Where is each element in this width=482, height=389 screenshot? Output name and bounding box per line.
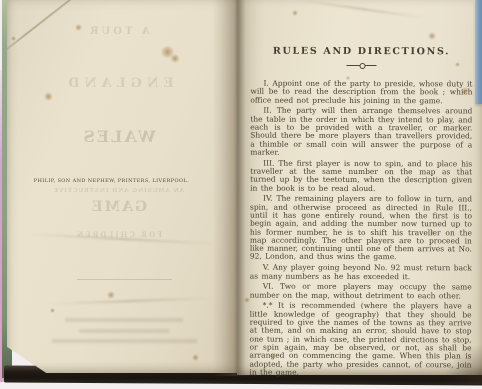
rule-paragraph-6: VI. Two or more players may occupy the s… [250,283,472,300]
foxing-spot [270,353,276,359]
bleedthrough-publisher-block [79,329,169,333]
foxing-spot [192,354,199,361]
right-page: RULES AND DIRECTIONS. I. Appoint one of … [237,0,482,375]
bleedthrough-title-line: GAME [17,199,220,215]
foxing-spot [75,24,82,31]
printer-imprint-line: PHILIP, SON AND NEPHEW, PRINTERS, LIVERP… [7,178,216,184]
foxing-spot [346,76,350,80]
page-gutter-shadow [212,0,264,376]
rule-paragraph-2: II. The party will then arrange themselv… [250,107,472,158]
rule-paragraph-3: III. The first player is now to spin, an… [250,159,472,193]
bleedthrough-subtitle-line: AN AMUSING AND INSTRUCTIVE [17,188,220,194]
foxing-spot [455,62,460,67]
bleedthrough-title-line: ENGLAND [17,76,220,91]
rule-paragraph-1: I. Appoint one of the party to preside, … [250,80,472,106]
bleedthrough-ornament-rule [77,279,172,280]
page-title: RULES AND DIRECTIONS. [251,46,473,58]
foxing-spot [50,308,55,313]
left-page: A TOUR ENGLAND WALES PHILIP, SON AND NEP… [7,0,238,373]
bleedthrough-title-line: WALES [17,127,220,146]
foxing-spot [430,230,435,235]
foxing-spot [107,291,115,299]
book-scan: A TOUR ENGLAND WALES PHILIP, SON AND NEP… [0,0,482,389]
rules-text-block: RULES AND DIRECTIONS. I. Appoint one of … [249,46,472,380]
rule-paragraph-5: V. Any player going beyond No. 92 must r… [250,264,472,281]
bleedthrough-publisher-block [65,318,183,322]
rule-paragraph-4: IV. The remaining players are to follow … [250,195,472,262]
foxing-spot [461,87,469,95]
page-wrinkle [297,0,426,19]
foxing-spot [428,32,436,40]
foxing-spot [11,36,16,41]
page-corner-curl-shadow [440,340,482,384]
bleedthrough-publisher-block [52,339,197,343]
foxing-spot [44,92,53,101]
adjacent-book-edge [475,0,482,104]
section-ornament [347,62,377,69]
bleedthrough-title-line: A TOUR [17,26,220,37]
bleedthrough-subtitle-line: FOR CHILDREN [17,230,220,239]
foxing-spot [170,54,180,63]
note-paragraph: *.* It is recommended (where the players… [249,302,471,377]
page-wrinkle [47,297,217,305]
foxing-spot [292,10,298,16]
foxing-spot [244,297,250,303]
